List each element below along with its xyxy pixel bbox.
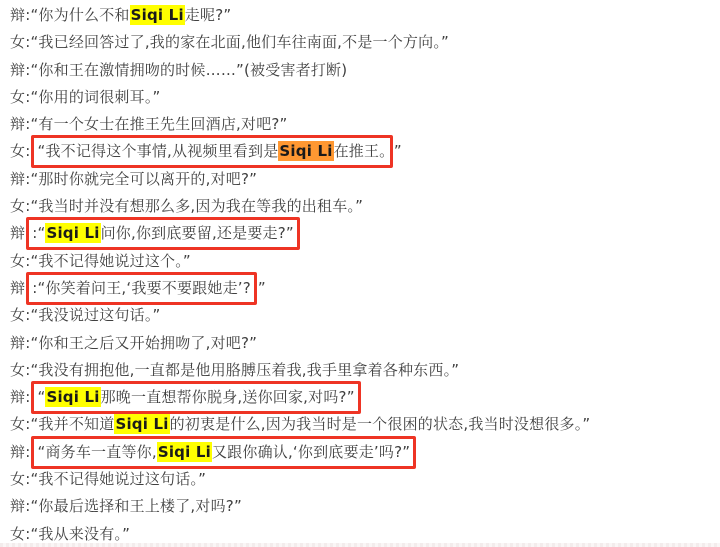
highlighted-name: Siqi Li: [45, 223, 100, 243]
transcript-page: 辩:“你为什么不和Siqi Li走呢?”女:“我已经回答过了,我的家在北面,他们…: [0, 0, 720, 547]
dialogue-line: 辩:“你笑着问王,‘我要不要跟她走’?”: [10, 275, 714, 302]
text-segment: :“: [32, 224, 45, 242]
dialogue-line: 辩:“商务车一直等你,Siqi Li又跟你确认,‘你到底要走’吗?”: [10, 439, 714, 466]
dialogue-line: 女:“我当时并没有想那么多,因为我在等我的出租车。”: [10, 193, 714, 220]
text-segment: 女:“我已经回答过了,我的家在北面,他们车往南面,不是一个方向。”: [10, 33, 449, 51]
dialogue-line: 女:“你用的词很刺耳。”: [10, 84, 714, 111]
text-segment: 又跟你确认,‘你到底要走’吗?”: [212, 443, 410, 461]
dialogue: 辩:“你为什么不和Siqi Li走呢?”女:“我已经回答过了,我的家在北面,他们…: [10, 2, 714, 547]
dialogue-line: 辩:“你最后选择和王上楼了,对吗?”: [10, 493, 714, 520]
dialogue-line: 辩:“你和王在激情拥吻的时候……”(被受害者打断): [10, 57, 714, 84]
red-annotation-box: “Siqi Li那晚一直想帮你脱身,送你回家,对吗?”: [31, 381, 360, 414]
red-annotation-box: :“Siqi Li问你,你到底要留,还是要走?”: [26, 217, 300, 250]
dialogue-line: 女:“我没有拥抱他,一直都是他用胳膊压着我,我手里拿着各种东西。”: [10, 357, 714, 384]
text-segment: 女:“我并不知道: [10, 415, 114, 433]
red-annotation-box: “商务车一直等你,Siqi Li又跟你确认,‘你到底要走’吗?”: [31, 436, 416, 469]
text-segment: 辩:“你最后选择和王上楼了,对吗?”: [10, 497, 242, 515]
text-segment: 在推王。: [334, 142, 387, 160]
text-segment: 辩:“有一个女士在推王先生回酒店,对吧?”: [10, 115, 288, 133]
text-segment: 女:“我不记得她说过这个。”: [10, 252, 191, 270]
dialogue-line: 女:“我不记得这个事情,从视频里看到是Siqi Li在推王。”: [10, 138, 714, 165]
text-segment: 辩: [10, 279, 25, 297]
text-segment: 女:“我从来没有。”: [10, 525, 130, 543]
text-segment: 女:“我不记得她说过这句话。”: [10, 470, 206, 488]
dialogue-line: 辩:“你和王之后又开始拥吻了,对吧?”: [10, 330, 714, 357]
text-segment: 辩:“那时你就完全可以离开的,对吧?”: [10, 170, 257, 188]
text-segment: ”: [258, 279, 266, 297]
text-segment: 走呢?”: [185, 6, 232, 24]
dialogue-line: 女:“我不记得她说过这句话。”: [10, 466, 714, 493]
text-segment: 辩:: [10, 388, 30, 406]
text-segment: 女:“我当时并没有想那么多,因为我在等我的出租车。”: [10, 197, 363, 215]
text-segment: :“你笑着问王,‘我要不要跟她走’?: [32, 279, 251, 297]
dialogue-line: 辩:“你为什么不和Siqi Li走呢?”: [10, 2, 714, 29]
text-segment: “商务车一直等你,: [37, 443, 156, 461]
page-bottom-edge: [0, 543, 720, 547]
highlighted-name: Siqi Li: [157, 442, 212, 462]
highlighted-name: Siqi Li: [130, 5, 185, 25]
red-annotation-box: :“你笑着问王,‘我要不要跟她走’?: [26, 272, 257, 305]
dialogue-line: 辩:“那时你就完全可以离开的,对吧?”: [10, 166, 714, 193]
text-segment: ”: [394, 142, 402, 160]
text-segment: 辩:“你和王在激情拥吻的时候……”(被受害者打断): [10, 61, 347, 79]
text-segment: 的初衷是什么,因为我当时是一个很困的状态,我当时没想很多。”: [170, 415, 591, 433]
text-segment: 辩:“你为什么不和: [10, 6, 130, 24]
dialogue-line: 辩:“Siqi Li问你,你到底要留,还是要走?”: [10, 220, 714, 247]
dialogue-line: 辩:“有一个女士在推王先生回酒店,对吧?”: [10, 111, 714, 138]
text-segment: 女:“我没说过这句话。”: [10, 306, 161, 324]
text-segment: 辩: [10, 224, 25, 242]
dialogue-line: 辩:“Siqi Li那晚一直想帮你脱身,送你回家,对吗?”: [10, 384, 714, 411]
dialogue-line: 女:“我并不知道Siqi Li的初衷是什么,因为我当时是一个很困的状态,我当时没…: [10, 411, 714, 438]
dialogue-line: 女:“我已经回答过了,我的家在北面,他们车往南面,不是一个方向。”: [10, 29, 714, 56]
text-segment: 女:“我没有拥抱他,一直都是他用胳膊压着我,我手里拿着各种东西。”: [10, 361, 459, 379]
red-annotation-box: “我不记得这个事情,从视频里看到是Siqi Li在推王。: [31, 135, 392, 168]
highlighted-name: Siqi Li: [278, 141, 333, 161]
text-segment: 辩:: [10, 443, 30, 461]
highlighted-name: Siqi Li: [114, 414, 169, 434]
dialogue-line: 女:“我没说过这句话。”: [10, 302, 714, 329]
text-segment: 问你,你到底要留,还是要走?”: [101, 224, 294, 242]
text-segment: 辩:“你和王之后又开始拥吻了,对吧?”: [10, 334, 257, 352]
text-segment: 女:“你用的词很刺耳。”: [10, 88, 161, 106]
dialogue-line: 女:“我不记得她说过这个。”: [10, 248, 714, 275]
highlighted-name: Siqi Li: [45, 387, 100, 407]
text-segment: “我不记得这个事情,从视频里看到是: [37, 142, 278, 160]
text-segment: 女:: [10, 142, 30, 160]
text-segment: 那晚一直想帮你脱身,送你回家,对吗?”: [101, 388, 355, 406]
